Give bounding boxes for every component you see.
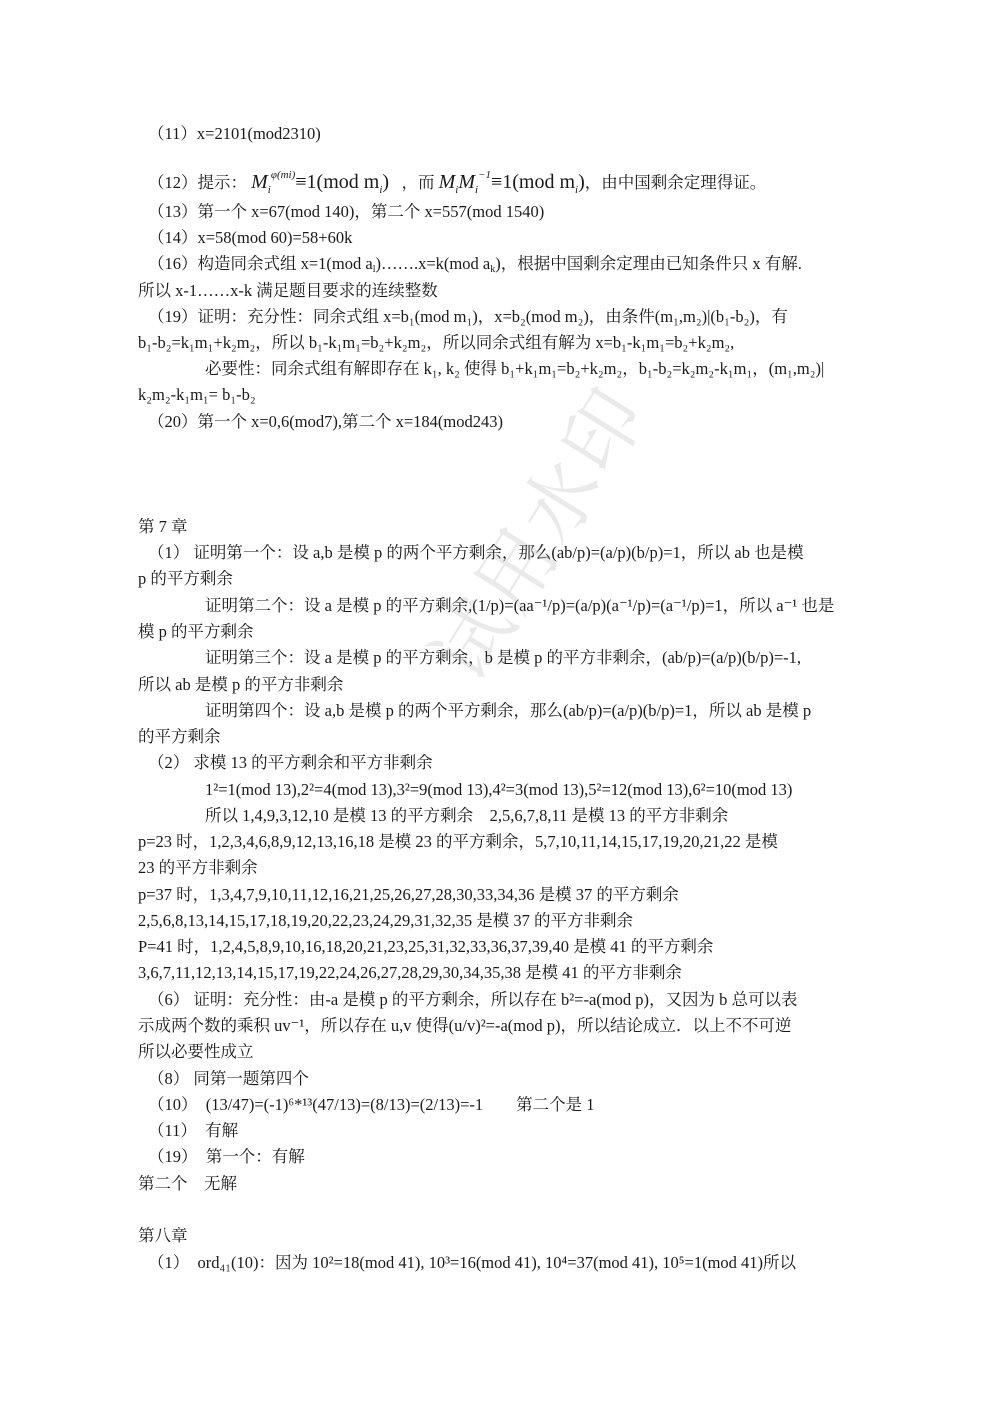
answer-6-16-line2: 所以 x-1……x-k 满足题目要求的连续整数 [138, 280, 853, 302]
answer-6-19-line3: 必要性：同余式组有解即存在 k₁, k₂ 使得 b₁+k₁m₁=b₂+k₂m₂，… [205, 358, 920, 380]
answer-8-1: （1） ord₄₁(10)：因为 10²=18(mod 41), 10³=16(… [148, 1252, 863, 1274]
answer-7-19-line2: 第二个 无解 [138, 1173, 853, 1195]
chapter-8-heading: 第八章 [138, 1225, 853, 1247]
answer-6-12: （12）提示： Miφ(mi)≡1(mod mi) ，而 MiMi−1≡1(mo… [148, 160, 863, 205]
answer-7-11: （11） 有解 [148, 1120, 863, 1142]
formula-euler: Miφ(mi)≡1(mod mi) [251, 171, 389, 193]
answer-7-2-line7: 2,5,6,8,13,14,15,17,18,19,20,22,23,24,29… [138, 910, 853, 932]
answer-7-2-line1: （2） 求模 13 的平方剩余和平方非剩余 [148, 752, 863, 774]
answer-7-19-line1: （19） 第一个：有解 [148, 1146, 863, 1168]
answer-7-2-line5: 23 的平方非剩余 [138, 857, 853, 879]
hint-label: （12）提示： [148, 173, 247, 192]
answer-7-8: （8） 同第一题第四个 [148, 1068, 863, 1090]
answer-7-1-line6: 所以 ab 是模 p 的平方非剩余 [138, 674, 853, 696]
answer-7-2-line8: P=41 时，1,2,4,5,8,9,10,16,18,20,21,23,25,… [138, 936, 853, 958]
answer-7-1-line4: 模 p 的平方剩余 [138, 621, 853, 643]
answer-7-1-line2: p 的平方剩余 [138, 568, 853, 590]
answer-7-1-line7: 证明第四个：设 a,b 是模 p 的两个平方剩余，那么(ab/p)=(a/p)(… [205, 700, 920, 722]
answer-7-2-line3: 所以 1,4,9,3,12,10 是模 13 的平方剩余 2,5,6,7,8,1… [205, 805, 920, 827]
answer-6-16-line1: （16）构造同余式组 x=1(mod al)…….x=k(mod ak)，根据中… [148, 253, 863, 275]
answer-6-14: （14）x=58(mod 60)=58+60k [148, 227, 863, 249]
answer-7-10: （10） (13/47)=(-1)⁶*¹³(47/13)=(8/13)=(2/1… [148, 1094, 863, 1116]
chapter-7-heading: 第 7 章 [138, 516, 853, 538]
answer-7-1-line8: 的平方剩余 [138, 726, 853, 748]
answer-7-2-line2: 1²=1(mod 13),2²=4(mod 13),3²=9(mod 13),4… [205, 779, 920, 801]
answer-6-19-line2: b₁-b₂=k₁m₁+k₂m₂，所以 b₁-k₁m₁=b₂+k₂m₂，所以同余式… [138, 332, 853, 354]
answer-7-6-line1: （6） 证明：充分性：由-a 是模 p 的平方剩余，所以存在 b²=-a(mod… [148, 989, 863, 1011]
formula-inverse: MiMi−1≡1(mod mi) [439, 171, 585, 193]
document-page: （11）x=2101(mod2310) （12）提示： Miφ(mi)≡1(mo… [0, 0, 1000, 1414]
answer-6-11: （11）x=2101(mod2310) [148, 123, 863, 145]
answer-7-1-line3: 证明第二个：设 a 是模 p 的平方剩余,(1/p)=(aa⁻¹/p)=(a/p… [205, 595, 920, 617]
answer-6-19-line1: （19）证明：充分性：同余式组 x=b₁(mod m₁)，x=b₂(mod m₂… [148, 306, 863, 328]
answer-7-6-line3: 所以必要性成立 [138, 1041, 853, 1063]
answer-7-2-line6: p=37 时，1,3,4,7,9,10,11,12,16,21,25,26,27… [138, 884, 853, 906]
answer-7-2-line9: 3,6,7,11,12,13,14,15,17,19,22,24,26,27,2… [138, 962, 853, 984]
answer-6-19-line4: k₂m₂-k₁m₁= b₁-b₂ [138, 384, 853, 406]
answer-7-1-line5: 证明第三个：设 a 是模 p 的平方剩余，b 是模 p 的平方非剩余，(ab/p… [205, 647, 920, 669]
answer-6-20: （20）第一个 x=0,6(mod7),第二个 x=184(mod243) [148, 411, 863, 433]
hint-connector: ，而 [401, 173, 434, 192]
answer-6-13: （13）第一个 x=67(mod 140)，第二个 x=557(mod 1540… [148, 201, 863, 223]
hint-conclusion: ，由中国剩余定理得证。 [585, 173, 767, 192]
answer-7-2-line4: p=23 时，1,2,3,4,6,8,9,12,13,16,18 是模 23 的… [138, 831, 853, 853]
answer-7-6-line2: 示成两个数的乘积 uv⁻¹，所以存在 u,v 使得(u/v)²=-a(mod p… [138, 1015, 853, 1037]
answer-7-1-line1: （1） 证明第一个：设 a,b 是模 p 的两个平方剩余，那么(ab/p)=(a… [148, 542, 863, 564]
